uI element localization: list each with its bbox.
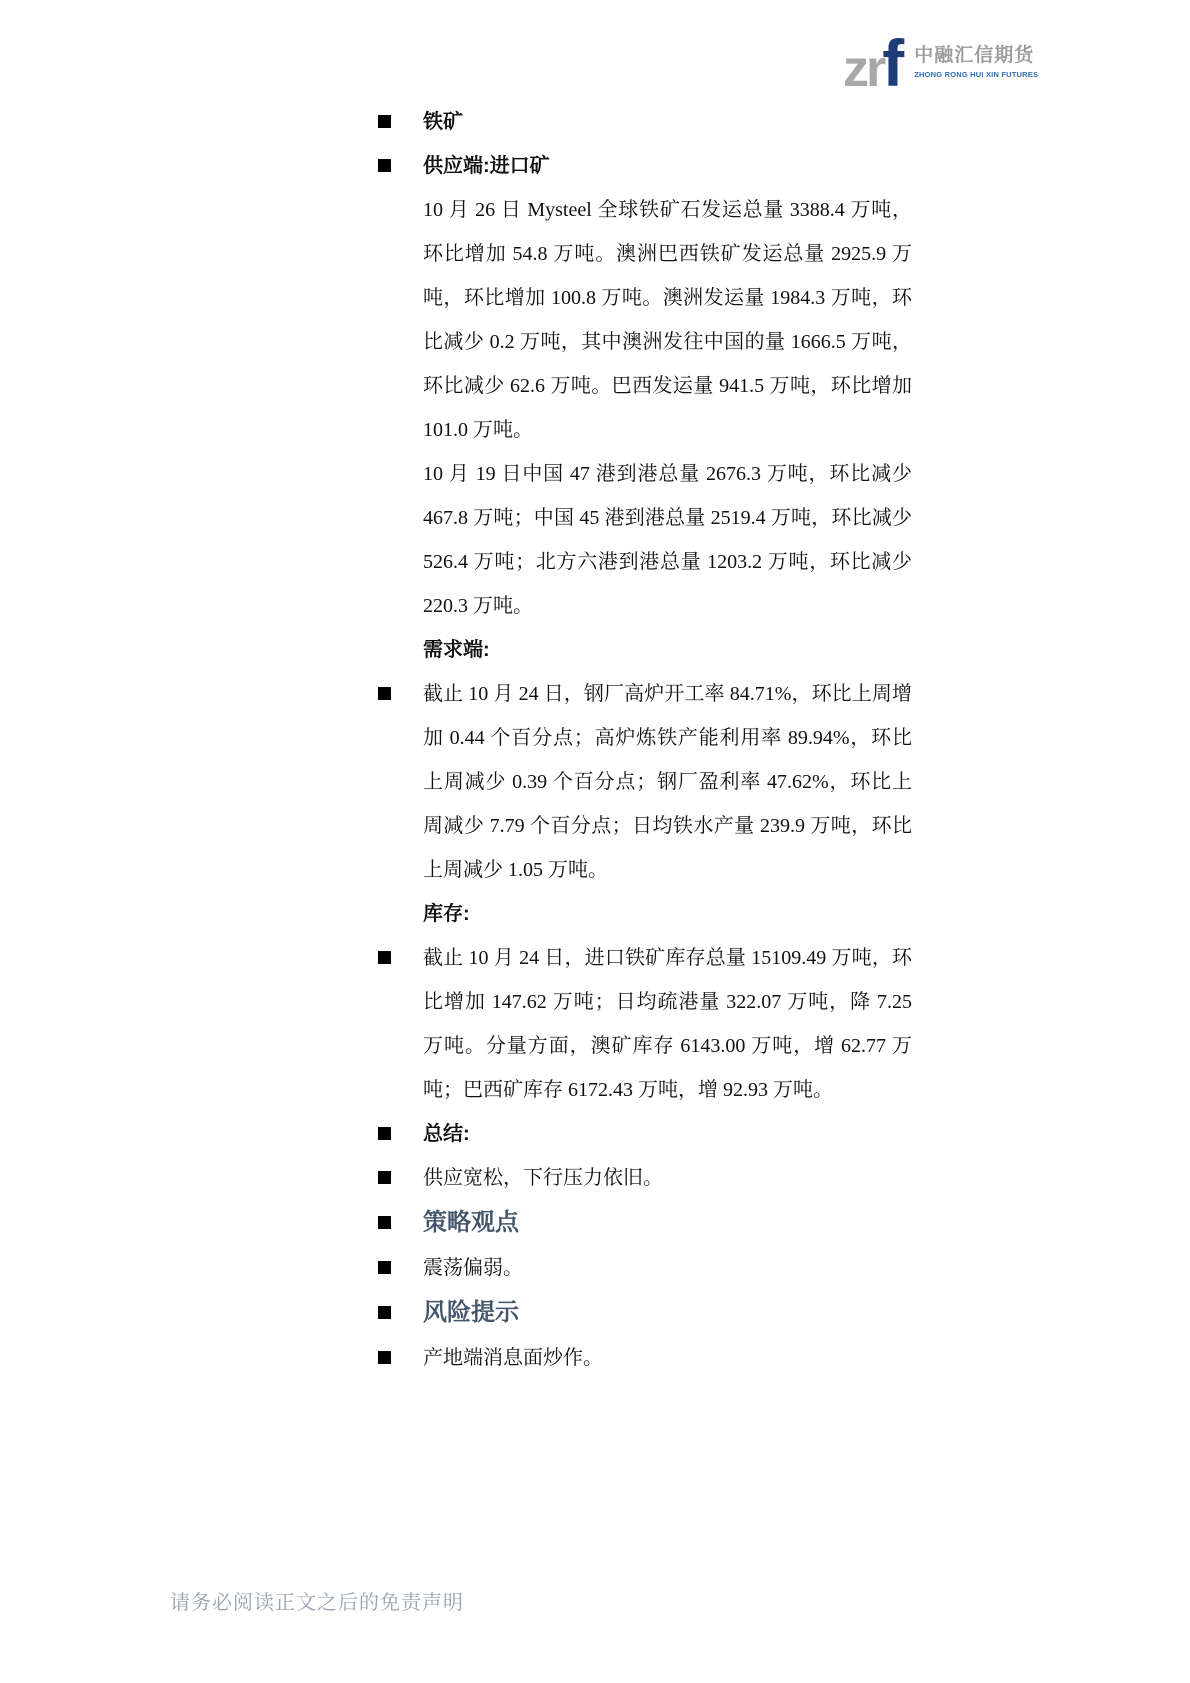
strategy-label: 震荡偏弱。 [423,1246,912,1290]
paragraph-inventory-data: 截止 10 月 24 日，进口铁矿库存总量 15109.49 万吨，环比增加 1… [378,936,912,1112]
footer-disclaimer: 请务必阅读正文之后的免责声明 [170,1586,464,1615]
sub-heading-demand: 需求端: [378,628,912,672]
summary-label: 供应宽松，下行压力依旧。 [423,1156,912,1200]
strategy-view-text: 震荡偏弱。 [378,1246,912,1290]
bullet-square-icon [378,951,391,964]
bullet-square-icon [378,1171,391,1184]
heading-label: 策略观点 [423,1200,912,1246]
heading-label: 铁矿 [423,100,912,144]
bullet-square-icon [378,115,391,128]
risk-warning-text: 产地端消息面炒作。 [378,1336,912,1380]
heading-label: 风险提示 [423,1290,912,1336]
section-heading-summary: 总结: [378,1112,912,1156]
section-heading-supply-import: 供应端:进口矿 [378,144,912,188]
heading-label: 供应端:进口矿 [423,144,912,188]
summary-text: 供应宽松，下行压力依旧。 [378,1156,912,1200]
paragraph-text: 截止 10 月 24 日，钢厂高炉开工率 84.71%，环比上周增加 0.44 … [423,672,912,892]
paragraph-demand-data: 截止 10 月 24 日，钢厂高炉开工率 84.71%，环比上周增加 0.44 … [378,672,912,892]
company-logo: zrf 中融汇信期货 ZHONG RONG HUI XIN FUTURES [843,24,1038,96]
paragraph-port-arrivals: 10 月 19 日中国 47 港到港总量 2676.3 万吨，环比减少 467.… [378,452,912,628]
bullet-square-icon [378,1127,391,1140]
bullet-square-icon [378,1261,391,1274]
logo-letters-zr: zr [843,40,883,98]
heading-label: 总结: [423,1112,912,1156]
paragraph-text: 截止 10 月 24 日，进口铁矿库存总量 15109.49 万吨，环比增加 1… [423,936,912,1112]
section-heading-strategy-view: 策略观点 [378,1200,912,1246]
bullet-square-icon [378,159,391,172]
report-body: 铁矿 供应端:进口矿 10 月 26 日 Mysteel 全球铁矿石发运总量 3… [378,100,912,1380]
section-heading-risk-warning: 风险提示 [378,1290,912,1336]
bullet-square-icon [378,687,391,700]
company-name-cn: 中融汇信期货 [914,40,1038,67]
risk-label: 产地端消息面炒作。 [423,1336,912,1380]
bullet-square-icon [378,1216,391,1229]
bullet-square-icon [378,1306,391,1319]
company-name-en: ZHONG RONG HUI XIN FUTURES [914,70,1038,79]
bullet-square-icon [378,1351,391,1364]
logo-text-block: 中融汇信期货 ZHONG RONG HUI XIN FUTURES [914,24,1038,79]
paragraph-global-shipments: 10 月 26 日 Mysteel 全球铁矿石发运总量 3388.4 万吨，环比… [378,188,912,452]
section-heading-iron-ore: 铁矿 [378,100,912,144]
sub-heading-inventory: 库存: [378,892,912,936]
logo-letter-f: f [882,26,904,100]
logo-zrf-mark: zrf [843,24,904,96]
